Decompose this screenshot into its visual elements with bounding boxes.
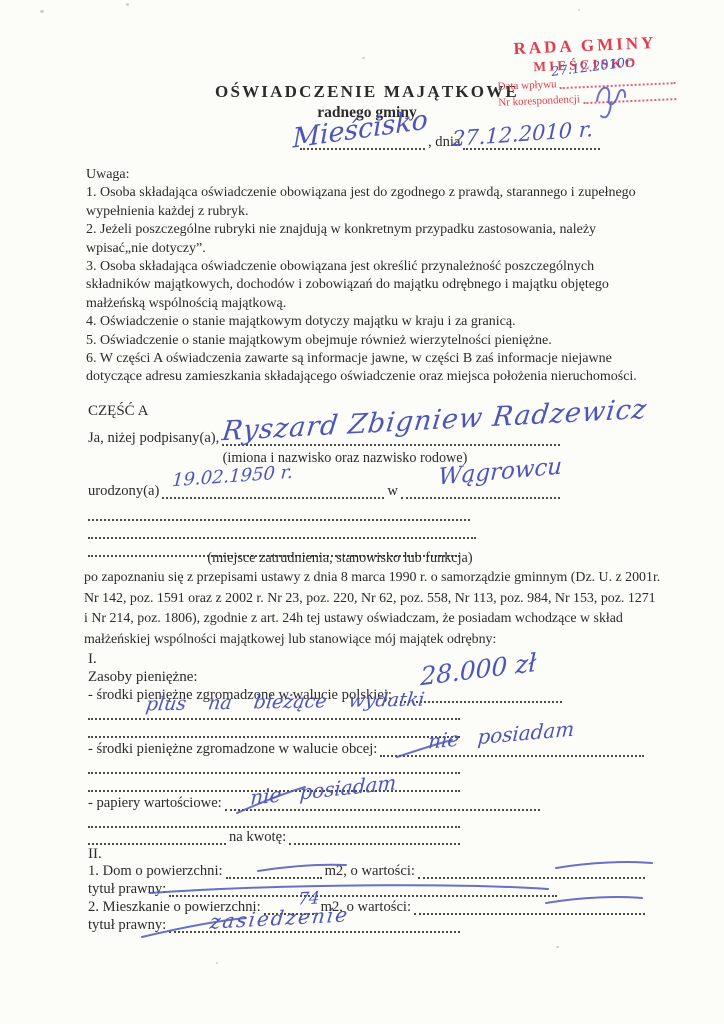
note-item: 1. Osoba składająca oświadczenie obowiąz…	[86, 184, 656, 221]
born-in-connector: w	[384, 483, 401, 500]
fx-funds-extra-line	[88, 759, 460, 775]
scan-artifact	[216, 962, 218, 964]
dotted-line	[88, 506, 470, 521]
employment-line	[88, 506, 470, 522]
dotted-line	[289, 830, 460, 845]
dotted-line	[88, 813, 460, 828]
foreign-currency-label: - środki pieniężne zgromadzone w walucie…	[88, 741, 380, 758]
dotted-line	[414, 900, 645, 915]
scan-artifact	[126, 3, 129, 6]
notes-heading: Uwaga:	[86, 166, 656, 184]
house-unit-label: m2, o wartości:	[322, 863, 418, 880]
scan-artifact	[578, 9, 580, 11]
part-a-heading: CZĘŚĆ A	[88, 403, 148, 420]
note-item: 5. Oświadczenie o stanie majątkowym obej…	[86, 332, 656, 350]
house-row-label: 1. Dom o powierzchni:	[88, 863, 226, 880]
dotted-line	[169, 882, 557, 897]
apartment-line: 2. Mieszkanie o powierzchni: m2, o warto…	[88, 899, 645, 916]
house-title-line: tytuł prawny:	[88, 881, 557, 898]
securities-label: - papiery wartościowe:	[88, 795, 225, 812]
house-title-label: tytuł prawny:	[88, 881, 169, 898]
born-label: urodzony(a)	[88, 483, 162, 500]
amount-label: na kwotę:	[226, 829, 289, 846]
dotted-line	[88, 830, 226, 845]
scan-artifact	[362, 57, 365, 59]
declarant-line-label: Ja, niżej podpisany(a),	[88, 430, 222, 447]
stamp-date-label: Data wpływu	[497, 78, 556, 93]
note-item: 4. Oświadczenie o stanie majątkowym doty…	[86, 313, 656, 331]
dotted-line	[88, 759, 460, 774]
pln-funds-extra-line	[88, 723, 460, 739]
scan-artifact	[556, 946, 559, 948]
employment-line	[88, 524, 476, 540]
note-item: 3. Osoba składająca oświadczenie obowiąz…	[86, 258, 656, 313]
employment-caption: (miejsce zatrudnienia, stanowisko lub fu…	[160, 550, 520, 567]
note-item: 6. W części A oświadczenia zawarte są in…	[86, 350, 656, 387]
dotted-line	[418, 864, 645, 879]
house-line: 1. Dom o powierzchni: m2, o wartości:	[88, 863, 645, 880]
note-item: 2. Jeżeli poszczególne rubryki nie znajd…	[86, 221, 656, 258]
amount-line: na kwotę:	[88, 829, 460, 846]
dotted-line	[226, 864, 322, 879]
fx-funds-line: - środki pieniężne zgromadzone w walucie…	[88, 741, 644, 758]
dotted-line	[88, 723, 460, 738]
section-i-number: I.	[88, 651, 97, 668]
securities-extra-line	[88, 813, 460, 829]
scanned-document-page: RADA GMINY MIEŚCISKO Data wpływu Nr kore…	[0, 0, 724, 1024]
apartment-title-label: tytuł prawny:	[88, 917, 169, 934]
scan-artifact	[40, 10, 44, 13]
handwritten-polish-currency-amount: 28.000 zł	[420, 648, 536, 692]
legal-basis-paragraph: po zapoznaniu się z przepisami ustawy z …	[84, 568, 662, 650]
notes-block: Uwaga: 1. Osoba składająca oświadczenie …	[86, 166, 656, 387]
section-ii-number: II.	[88, 846, 102, 863]
dotted-line	[88, 524, 476, 539]
section-i-heading: Zasoby pieniężne:	[88, 669, 198, 686]
